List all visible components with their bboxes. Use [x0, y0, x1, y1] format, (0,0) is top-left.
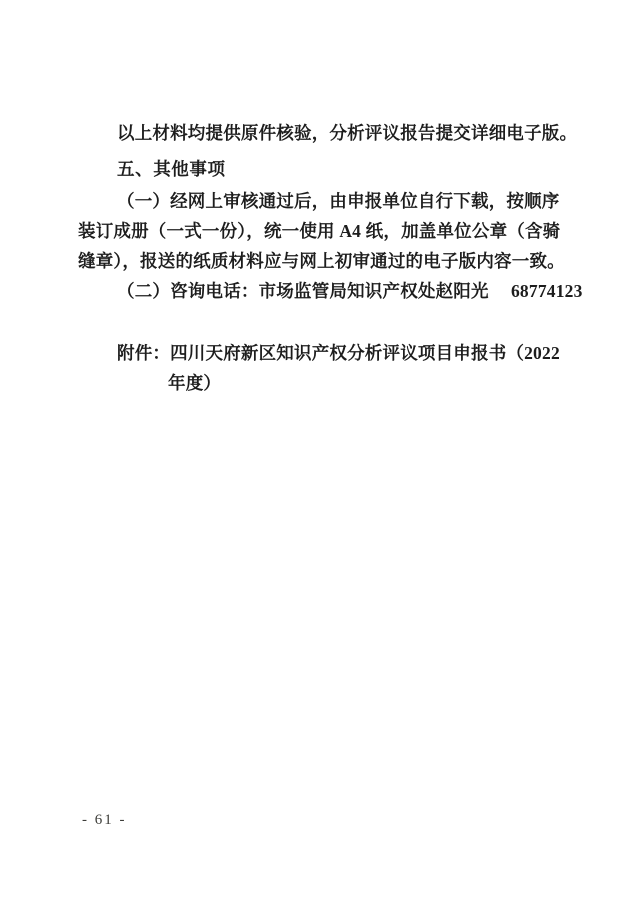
attachment-line-1: 附件：四川天府新区知识产权分析评议项目申报书（2022: [78, 338, 560, 368]
item-one-line-2: 装订成册（一式一份），统一使用 A4 纸，加盖单位公章（含骑: [78, 216, 560, 246]
document-body: 以上材料均提供原件核验，分析评议报告提交详细电子版。 五、其他事项 （一）经网上…: [78, 118, 560, 398]
page-number: - 61 -: [82, 810, 127, 830]
item-one-line-3: 缝章），报送的纸质材料应与网上初审通过的电子版内容一致。: [78, 246, 560, 276]
attachment-line-2: 年度）: [78, 368, 560, 398]
intro-paragraph: 以上材料均提供原件核验，分析评议报告提交详细电子版。: [78, 118, 560, 148]
document-page: 以上材料均提供原件核验，分析评议报告提交详细电子版。 五、其他事项 （一）经网上…: [0, 0, 636, 900]
item-two-line: （二）咨询电话：市场监管局知识产权处赵阳光 68774123: [78, 276, 560, 306]
section-heading: 五、其他事项: [78, 154, 560, 184]
item-one-line-1: （一）经网上审核通过后，由申报单位自行下载，按顺序: [78, 186, 560, 216]
